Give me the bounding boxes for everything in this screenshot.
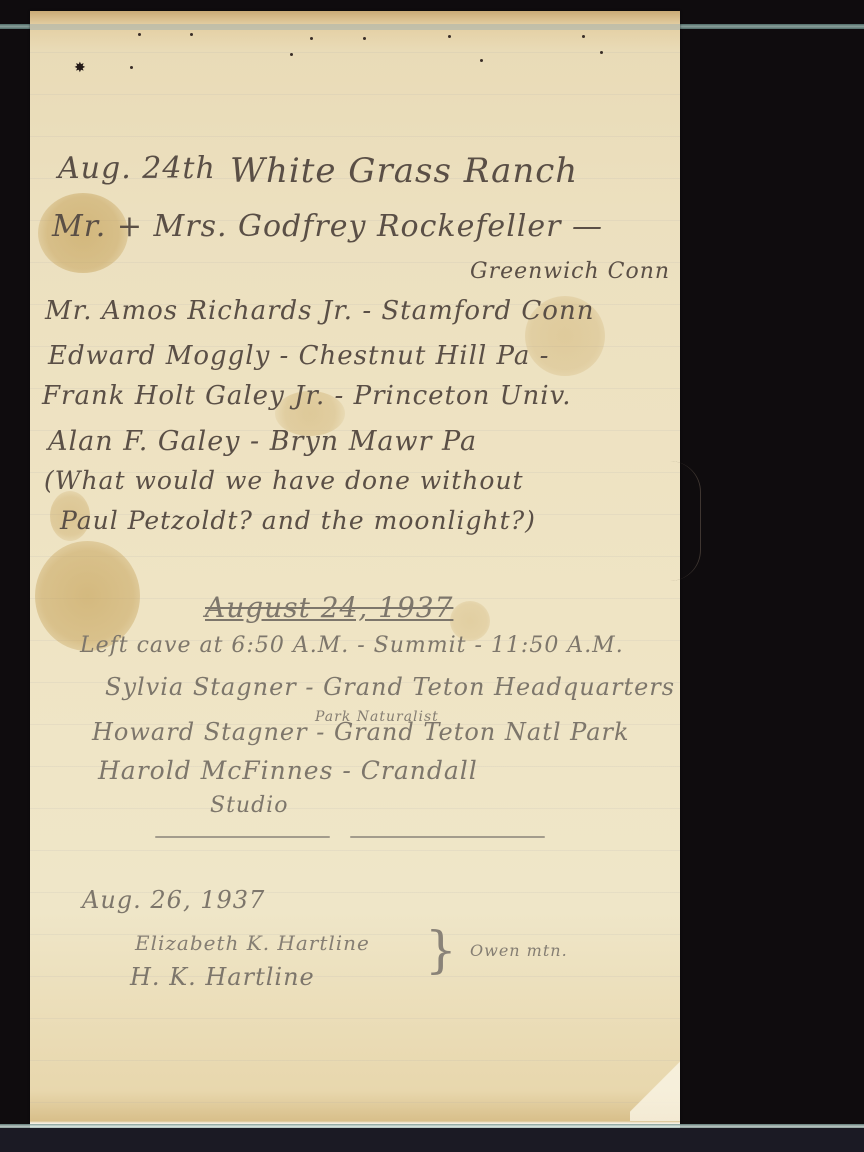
pin-hole-icon bbox=[582, 35, 585, 38]
entry-line: Howard Stagner - Grand Teton Natl Park bbox=[92, 718, 630, 746]
entry-line: Frank Holt Galey Jr. - Princeton Univ. bbox=[42, 381, 571, 411]
pin-hole-icon bbox=[130, 66, 133, 69]
pin-hole-icon bbox=[480, 59, 483, 62]
pin-hole-icon bbox=[190, 33, 193, 36]
entry-line: Harold McFinnes - Crandall bbox=[98, 756, 478, 785]
pin-hole-icon bbox=[363, 37, 366, 40]
document-page: ✸ Aug. 24th White Grass Ranch Mr. + Mrs.… bbox=[30, 11, 680, 1131]
entry-summit-note: Left cave at 6:50 A.M. - Summit - 11:50 … bbox=[80, 633, 624, 658]
backdrop-bottom bbox=[0, 1128, 864, 1152]
entry-line: Greenwich Conn bbox=[470, 259, 670, 284]
entry-line: Studio bbox=[210, 793, 288, 818]
entry-line: H. K. Hartline bbox=[130, 963, 315, 991]
pin-hole-icon bbox=[290, 53, 293, 56]
divider-stroke bbox=[155, 836, 330, 838]
divider-stroke bbox=[350, 836, 545, 838]
entry-line: Paul Petzoldt? and the moonlight?) bbox=[60, 506, 536, 535]
star-shaped-hole-icon: ✸ bbox=[74, 61, 86, 75]
entry-aug26-date: Aug. 26, 1937 bbox=[82, 886, 265, 914]
tape-strip bbox=[30, 24, 680, 30]
brace-mark: } bbox=[425, 921, 457, 979]
entry-aug26-note: Owen mtn. bbox=[470, 941, 568, 960]
entry-line: Mr. + Mrs. Godfrey Rockefeller — bbox=[52, 209, 603, 244]
pin-hole-icon bbox=[138, 33, 141, 36]
page-corner-fold bbox=[630, 1051, 680, 1121]
pin-hole-icon bbox=[600, 51, 603, 54]
entry-line: (What would we have done without bbox=[44, 466, 524, 495]
closing-parenthesis-mark bbox=[670, 461, 701, 581]
entry-aug-date-heading: August 24, 1937 bbox=[205, 591, 453, 624]
entry-line: Alan F. Galey - Bryn Mawr Pa bbox=[48, 426, 477, 457]
entry-aug24-place: White Grass Ranch bbox=[230, 151, 578, 191]
entry-line: Sylvia Stagner - Grand Teton Headquarter… bbox=[105, 673, 675, 701]
entry-aug24-date: Aug. 24th bbox=[58, 151, 216, 186]
entry-line: Mr. Amos Richards Jr. - Stamford Conn bbox=[45, 296, 594, 326]
pin-hole-icon bbox=[448, 35, 451, 38]
entry-line: Elizabeth K. Hartline bbox=[135, 931, 370, 955]
entry-line: Edward Moggly - Chestnut Hill Pa - bbox=[48, 341, 549, 371]
pin-hole-icon bbox=[310, 37, 313, 40]
